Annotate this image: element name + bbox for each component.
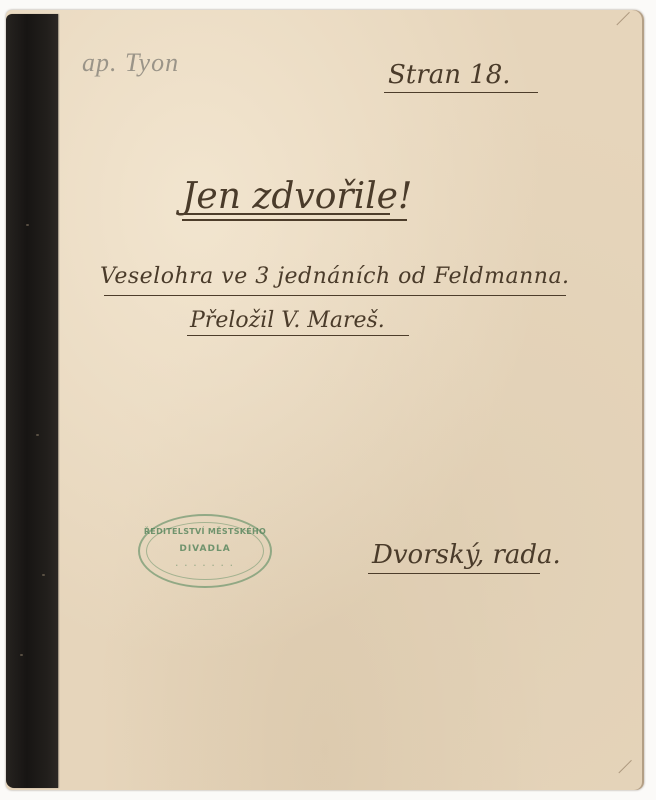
spine-wear-mark: [36, 434, 39, 436]
subtitle-underline: [104, 295, 566, 296]
stamp-text-line2: DIVADLA: [140, 544, 270, 554]
play-title: Jen zdvořile!: [182, 176, 412, 217]
theatre-ownership-stamp: ŘEDITELSTVÍ MĚSTSKÉHO DIVADLA · · · · · …: [138, 514, 272, 588]
pencil-note: ap. Tyon: [82, 48, 179, 78]
page-count-label: Stran 18.: [388, 60, 511, 90]
page-count-underline: [384, 92, 538, 93]
title-underline-1: [178, 213, 390, 215]
stamp-text-line3: · · · · · · ·: [140, 562, 270, 570]
manuscript-cover-page: [6, 10, 644, 790]
stamp-text-line1: ŘEDITELSTVÍ MĚSTSKÉHO: [140, 527, 270, 536]
spine-wear-mark: [20, 654, 23, 656]
cloth-spine: [6, 14, 58, 788]
translator-underline: [187, 335, 409, 336]
spine-wear-mark: [26, 224, 29, 226]
translator-line: Přeložil V. Mareš.: [190, 308, 385, 333]
play-subtitle: Veselohra ve 3 jednáních od Feldmanna.: [100, 264, 570, 289]
role-underline: [368, 573, 540, 574]
character-role: Dvorský, rada.: [372, 540, 561, 570]
title-underline-2: [182, 219, 407, 221]
spine-wear-mark: [42, 574, 45, 576]
